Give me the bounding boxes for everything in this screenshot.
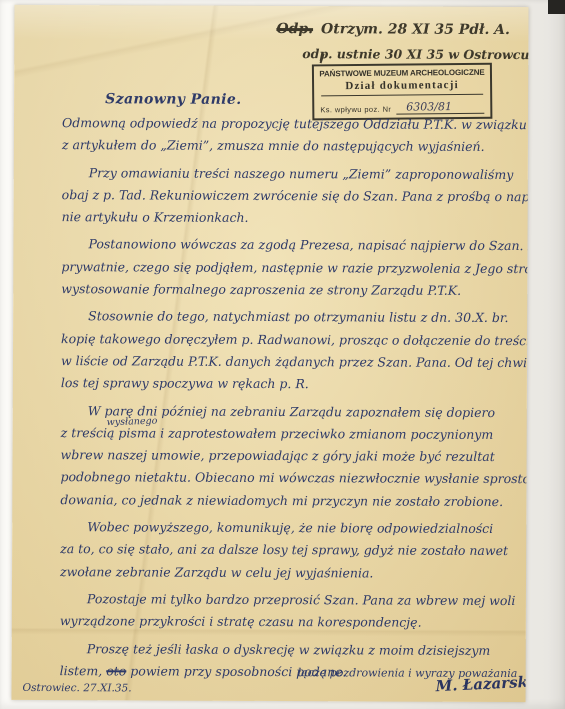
letter-line: zwołane zebranie Zarządu w celu jej wyja… <box>60 561 518 585</box>
struck-text: oto <box>106 663 126 678</box>
stamp-department: Dział dokumentacji <box>321 77 483 97</box>
letter-line: kopię takowego doręczyłem p. Radwanowi, … <box>61 328 519 352</box>
letter-line: podobnego nietaktu. Obiecano mi wówczas … <box>60 467 518 491</box>
pen-check-mark <box>313 51 325 63</box>
received-annotation: Odp.Otrzym. 28 XI 35 Pdł. A. <box>276 21 510 38</box>
stamp-register-number: 6303/81 <box>396 100 484 115</box>
letter-line: prywatnie, czego się podjąłem, następnie… <box>61 256 519 280</box>
inserted-word: wysłanego <box>107 416 158 429</box>
letter-line: wystosowanie formalnego zaproszenia ze s… <box>61 278 519 302</box>
letter-paper: Odp.Otrzym. 28 XI 35 Pdł. A. odp. ustnie… <box>11 5 528 702</box>
letter-line: Odmowną odpowiedź na propozycję tutejsze… <box>62 112 520 136</box>
letter-body: Odmowną odpowiedź na propozycję tutejsze… <box>60 112 520 684</box>
letter-line: Wobec powyższego, komunikuję, że nie bio… <box>60 516 518 540</box>
letter-line: wyrządzone przykrości i stratę czasu na … <box>60 610 518 634</box>
letter-line: Stosownie do tego, natychmiast po otrzym… <box>61 305 519 329</box>
signature: M. Łazarski <box>435 673 528 696</box>
received-text: Otrzym. 28 XI 35 Pdł. A. <box>321 21 510 38</box>
letter-line: z artykułem do „Ziemi”, zmusza mnie do n… <box>62 134 520 158</box>
struck-word: Odp. <box>276 21 313 37</box>
stamp-register-row: Ks. wpływu poz. Nr 6303/81 <box>318 99 486 115</box>
letter-line: Pozostaje mi tylko bardzo przeprosić Sza… <box>60 588 518 612</box>
letter-line: Proszę też jeśli łaska o dyskrecję w zwi… <box>60 638 518 662</box>
reply-annotation: odp. ustnie 30 XI 35 w Ostrowcu. <box>302 46 528 62</box>
letter-line: dowania, co jednak z niewiadomych mi prz… <box>60 489 518 513</box>
place-date: Ostrowiec. 27.XI.35. <box>23 682 132 694</box>
letter-line: Postanowiono wówczas za zgodą Prezesa, n… <box>61 234 519 258</box>
museum-stamp: PAŃSTWOWE MUZEUM ARCHEOLOGICZNE Dział do… <box>312 63 493 121</box>
stamp-institution: PAŃSTWOWE MUZEUM ARCHEOLOGICZNE <box>318 68 486 79</box>
scanned-letter: Odp.Otrzym. 28 XI 35 Pdł. A. odp. ustnie… <box>0 0 565 709</box>
letter-line: Przy omawianiu treści naszego numeru „Zi… <box>62 162 520 186</box>
scan-corner-mark <box>548 0 565 14</box>
letter-line: los tej sprawy spoczywa w rękach p. R. <box>61 372 519 396</box>
salutation: Szanowny Panie. <box>105 91 241 108</box>
letter-line: wbrew naszej umowie, przepowiadając z gó… <box>61 444 519 468</box>
letter-line: obaj z p. Tad. Rekuniowiczem zwrócenie s… <box>62 184 520 208</box>
letter-line: za to, co się stało, ani za dalsze losy … <box>60 538 518 562</box>
letter-line: nie artykułu o Krzemionkach. <box>62 206 520 230</box>
letter-line: w liście od Zarządu P.T.K. danych żądany… <box>61 350 519 374</box>
